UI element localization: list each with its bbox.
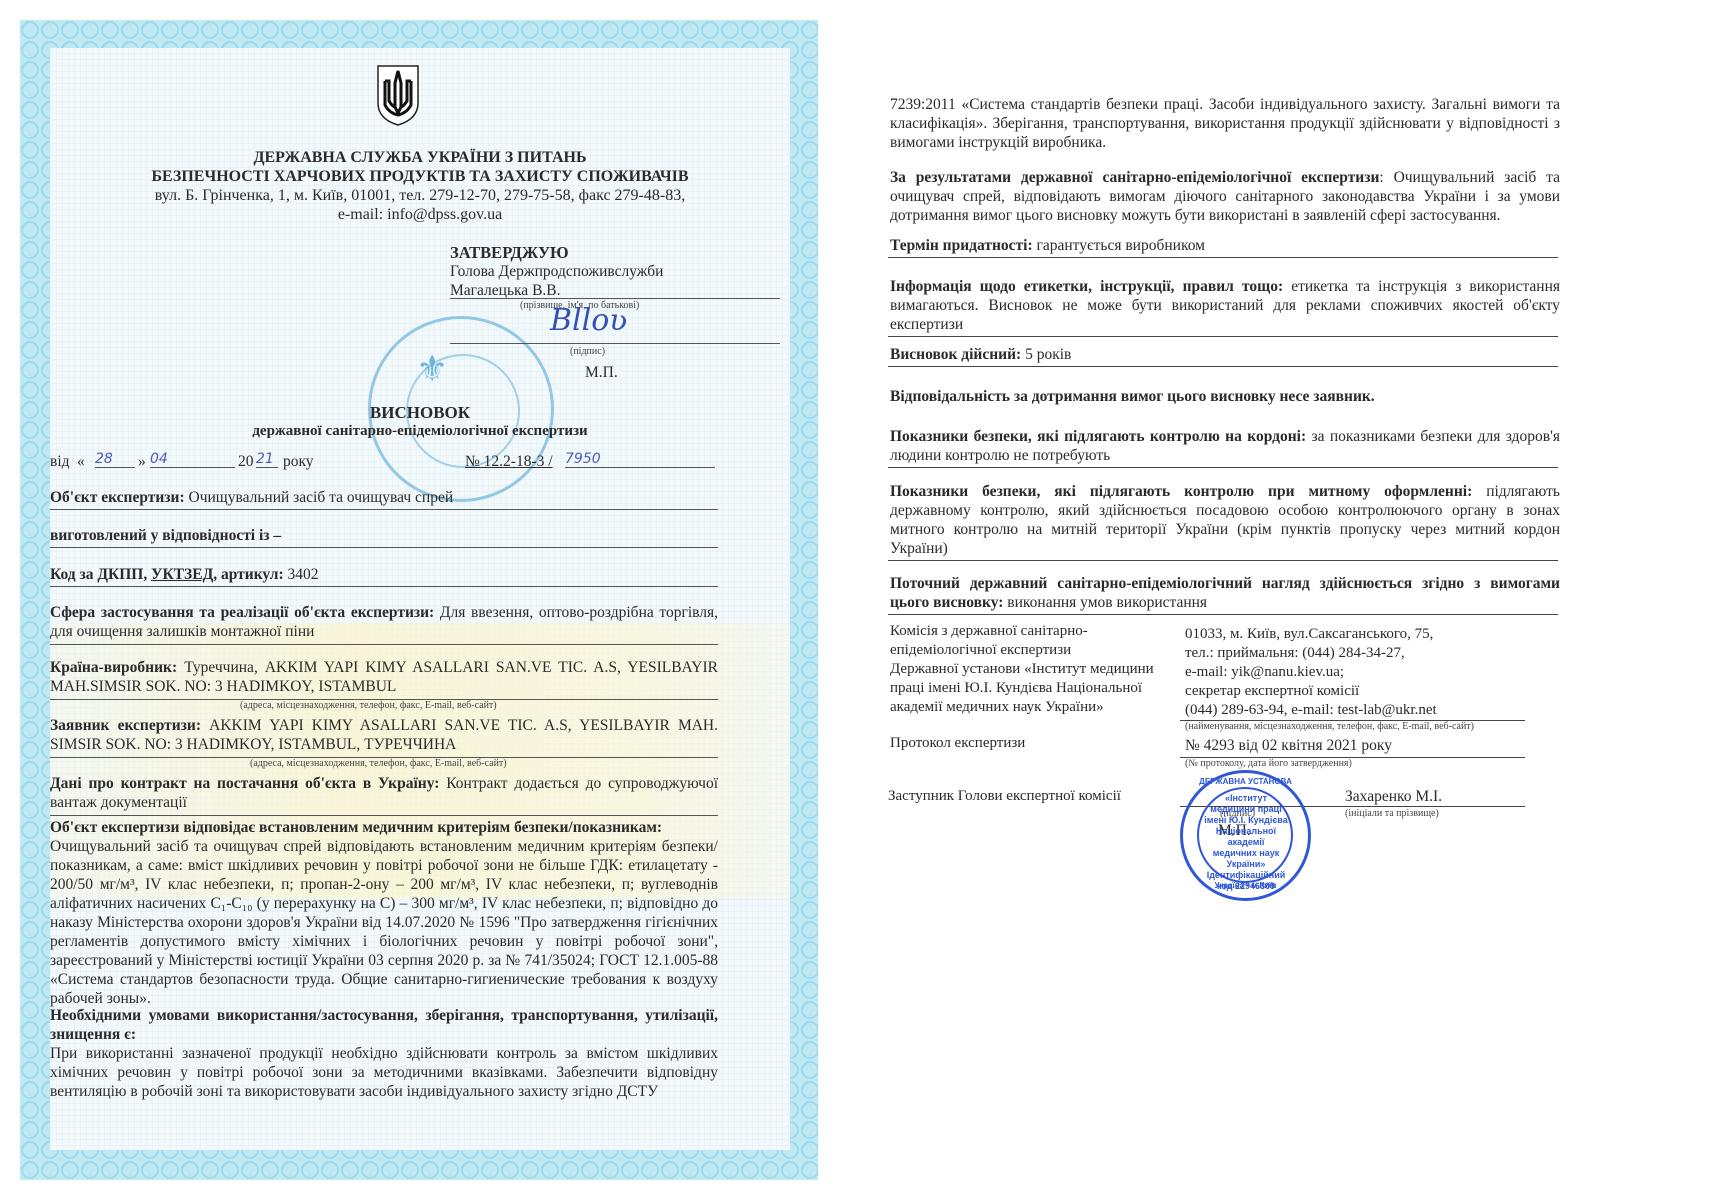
country-caption: (адреса, місцезнаходження, телефон, факс…: [240, 700, 497, 711]
seal-mark: М.П.: [585, 364, 618, 382]
label-info-label: Інформація щодо етикетки, інструкції, пр…: [890, 278, 1283, 295]
date-day: 28: [95, 451, 135, 468]
shelf-life-label: Термін придатності:: [890, 237, 1033, 254]
object-field: Об'єкт експертизи: Очищувальний засіб та…: [50, 488, 718, 507]
border-control-label: Показники безпеки, які підлягають контро…: [890, 428, 1306, 445]
agency-name-line1: ДЕРЖАВНА СЛУЖБА УКРАЇНИ З ПИТАНЬ: [253, 149, 586, 166]
code-field: Код за ДКПП, УКТЗЕД, артикул: 3402: [50, 565, 718, 584]
validity-field: Висновок дійсний: 5 років: [890, 345, 1560, 364]
contract-label: Дані про контракт на постачання об'єкта …: [50, 775, 439, 792]
made-per-label: виготовлений у відповідності із –: [50, 527, 281, 544]
seal-ring-top: ДЕРЖАВНА УСТАНОВА: [1183, 777, 1308, 786]
commission-line: Державної установи «Інститут медицини: [890, 660, 1220, 679]
commission-contacts: 01033, м. Київ, вул.Саксаганського, 75, …: [1185, 625, 1525, 720]
approver-position: Голова Держпродспоживслужби: [450, 262, 780, 281]
code-label-b: УКТЗЕД: [151, 566, 213, 583]
approver-signature: Вllоʋ: [550, 303, 628, 338]
supervision-value: виконання умов використання: [1007, 594, 1207, 611]
shelf-life-value: гарантується виробником: [1037, 237, 1205, 254]
date-month: 04: [150, 451, 235, 468]
applicant-label: Заявник експертизи:: [50, 717, 201, 734]
commission-secretary-contacts: (044) 289-63-94, e-mail: test-lab@ukr.ne…: [1185, 701, 1525, 720]
commission-line: Комісія з державної санітарно-: [890, 622, 1220, 641]
seal-line: Національної академії: [1201, 826, 1291, 848]
quote-open: «: [77, 453, 85, 471]
year-prefix: 20: [238, 453, 254, 471]
shelf-life-field: Термін придатності: гарантується виробни…: [890, 236, 1560, 255]
date-year: 21: [256, 451, 278, 468]
results-label: За результатами державної санітарно-епід…: [890, 169, 1379, 186]
doc-number: 7950: [565, 451, 715, 468]
protocol-value: № 4293 від 02 квітня 2021 року: [1185, 737, 1392, 755]
country-label: Країна-виробник:: [50, 659, 177, 676]
certificate-page-1: ДЕРЖАВНА СЛУЖБА УКРАЇНИ З ПИТАНЬ БЕЗПЕЧН…: [50, 48, 790, 1150]
seal-ring-bottom: Україна • м.Київ: [1183, 881, 1308, 890]
agency-name-line2: БЕЗПЕЧНОСТІ ХАРЧОВИХ ПРОДУКТІВ ТА ЗАХИСТ…: [151, 168, 688, 185]
deputy-label: Заступник Голови експертної комісії: [888, 788, 1121, 805]
commission-address: 01033, м. Київ, вул.Саксаганського, 75,: [1185, 625, 1525, 644]
country-field: Країна-виробник: Туреччина, AKKIM YAPI K…: [50, 658, 718, 696]
commission-secretary: секретар експертної комісії: [1185, 682, 1525, 701]
doc-number-prefix: № 12.2-18-3 /: [465, 453, 553, 471]
validity-value: 5 років: [1025, 346, 1071, 363]
object-value: Очищувальний засіб та очищувач спрей: [189, 489, 454, 506]
commission-line: праці імені Ю.І. Кундієва Національної: [890, 679, 1220, 698]
signature-caption: (підпис): [570, 346, 605, 357]
object-label: Об'єкт експертизи:: [50, 489, 185, 506]
seal-line: імені Ю.І. Кундієва: [1201, 815, 1291, 826]
contract-field: Дані про контракт на постачання об'єкта …: [50, 774, 718, 812]
institute-seal: ДЕРЖАВНА УСТАНОВА «Інститут медицини пра…: [1180, 770, 1311, 901]
year-word: року: [283, 453, 314, 471]
approval-block: ЗАТВЕРДЖУЮ Голова Держпродспоживслужби М…: [450, 243, 780, 300]
seal-line: «Інститут: [1201, 793, 1291, 804]
date-number-row: від « 28 » 04 20 21 року № 12.2-18-3 / 7…: [50, 453, 790, 475]
seal-line: медицини праці: [1201, 804, 1291, 815]
scope-field: Сфера застосування та реалізації об'єкта…: [50, 603, 718, 641]
results-field: За результатами державної санітарно-епід…: [890, 168, 1560, 225]
commission-phone: тел.: приймальня: (044) 284-34-27,: [1185, 644, 1525, 663]
code-label-c: , артикул:: [213, 566, 283, 583]
agency-address: вул. Б. Грінченка, 1, м. Київ, 01001, те…: [155, 187, 685, 204]
deputy-name-caption: (ініціали та прізвище): [1345, 808, 1439, 819]
commission-name: Комісія з державної санітарно- епідеміол…: [890, 622, 1220, 717]
ukraine-coat-of-arms-icon: [375, 63, 421, 127]
commission-caption: (найменування, місцезнаходження, телефон…: [1185, 721, 1474, 732]
border-control-field: Показники безпеки, які підлягають контро…: [890, 427, 1560, 465]
conditions-value: При використанні зазначеної продукції не…: [50, 1045, 718, 1100]
customs-control-field: Показники безпеки, які підлягають контро…: [890, 482, 1560, 558]
responsibility-text: Відповідальність за дотримання вимог цьо…: [890, 387, 1560, 406]
seal-line: Ідентифікаційний: [1201, 870, 1291, 881]
document-subtitle: державної санітарно-епідеміологічної екс…: [50, 423, 790, 440]
approval-title: ЗАТВЕРДЖУЮ: [450, 243, 780, 262]
conditions-field: Необхідними умовами використання/застосу…: [50, 1006, 718, 1101]
supervision-label: Поточний державний санітарно-епідеміолог…: [890, 575, 1560, 611]
document-title: ВИСНОВОК: [50, 403, 790, 423]
certificate-page-2: 7239:2011 «Система стандартів безпеки пр…: [840, 0, 1711, 1200]
label-info-field: Інформація щодо етикетки, інструкції, пр…: [890, 277, 1560, 334]
validity-label: Висновок дійсний:: [890, 346, 1021, 363]
supervision-field: Поточний державний санітарно-епідеміолог…: [890, 574, 1560, 612]
made-per-field: виготовлений у відповідності із –: [50, 526, 718, 545]
commission-line: академії медичних наук України»: [890, 698, 1220, 717]
customs-control-label: Показники безпеки, які підлягають контро…: [890, 483, 1472, 500]
commission-line: епідеміологічної експертизи: [890, 641, 1220, 660]
quote-close: »: [138, 453, 146, 471]
scope-label: Сфера застосування та реалізації об'єкта…: [50, 604, 434, 621]
criteria-field: Об'єкт експертизи відповідає встановлени…: [50, 818, 718, 1008]
criteria-value: Очищувальний засіб та очищувач спрей від…: [50, 838, 718, 1007]
commission-email: e-mail: yik@nanu.kiev.ua;: [1185, 663, 1525, 682]
protocol-label: Протокол експертизи: [890, 735, 1025, 752]
code-label-a: Код за ДКПП,: [50, 566, 151, 583]
agency-email: e-mail: info@dpss.gov.ua: [338, 206, 502, 223]
conditions-label: Необхідними умовами використання/застосу…: [50, 1007, 718, 1043]
criteria-label: Об'єкт експертизи відповідає встановлени…: [50, 819, 662, 836]
agency-name: ДЕРЖАВНА СЛУЖБА УКРАЇНИ З ПИТАНЬ БЕЗПЕЧН…: [50, 148, 790, 224]
protocol-caption: (№ протоколу, дата його затвердження): [1185, 758, 1352, 769]
applicant-field: Заявник експертизи: AKKIM YAPI KIMY ASAL…: [50, 716, 718, 754]
applicant-caption: (адреса, місцезнаходження, телефон, факс…: [250, 758, 507, 769]
seal-line: медичних наук України»: [1201, 848, 1291, 870]
code-value: 3402: [288, 566, 319, 583]
continuation-text: 7239:2011 «Система стандартів безпеки пр…: [890, 95, 1560, 152]
date-prefix: від: [50, 453, 70, 471]
deputy-name: Захаренко М.І.: [1345, 788, 1442, 806]
